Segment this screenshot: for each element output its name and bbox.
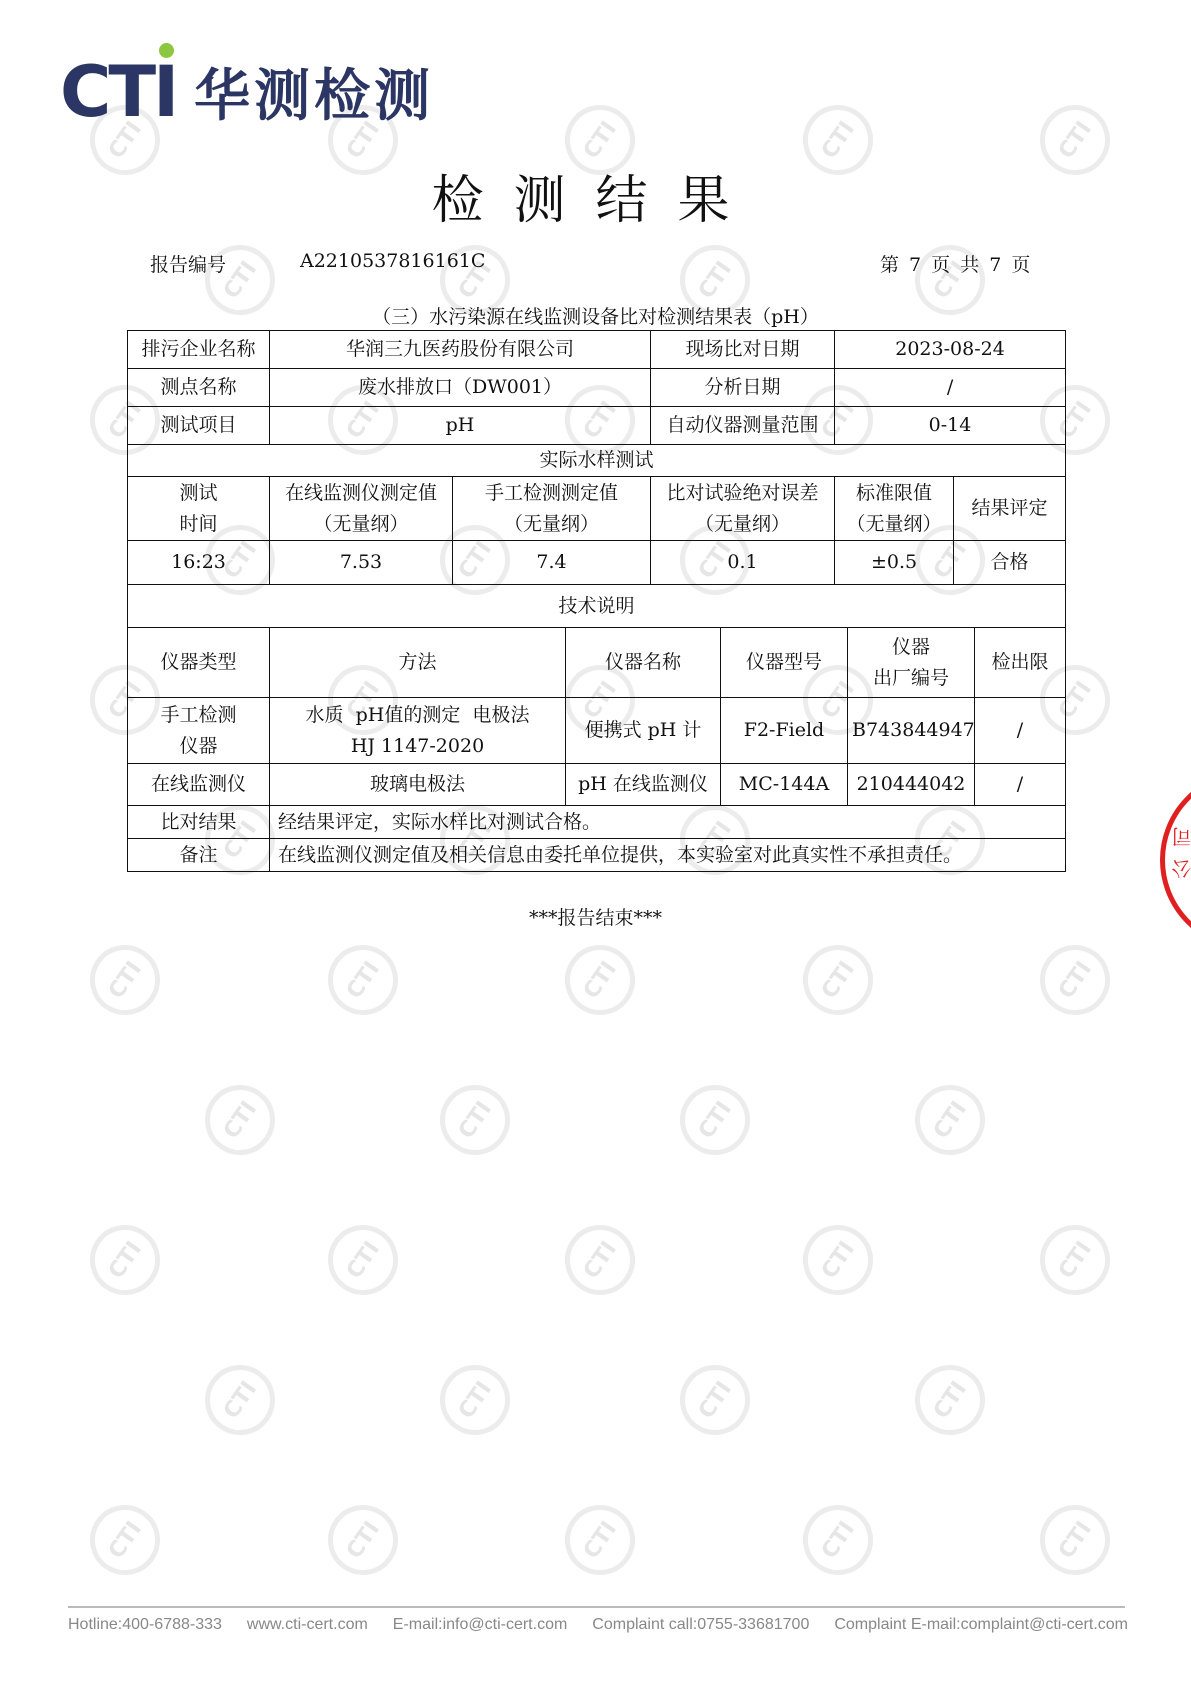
remark-text: 在线监测仪测定值及相关信息由委托单位提供，本实验室对此真实性不承担责任。 xyxy=(270,839,1066,872)
info-row-company: 排污企业名称 华润三九医药股份有限公司 现场比对日期 2023-08-24 xyxy=(128,331,1066,369)
tech-header: 仪器类型 方法 仪器名称 仪器型号 仪器出厂编号 检出限 xyxy=(128,628,1066,698)
report-end: ***报告结束*** xyxy=(0,903,1191,930)
cell-method: 水质 pH值的测定 电极法HJ 1147-2020 xyxy=(270,698,566,764)
conclusion-label: 比对结果 xyxy=(128,806,270,839)
cti-watermark-icon: CTI xyxy=(191,1071,288,1168)
footer-website[interactable]: www.cti-cert.com xyxy=(247,1616,368,1634)
header-serial: 仪器出厂编号 xyxy=(848,628,975,698)
header-limit: 标准限值（无量纲） xyxy=(835,477,954,541)
footer-email[interactable]: E-mail:info@cti-cert.com xyxy=(393,1616,568,1634)
cell-online: 7.53 xyxy=(270,541,453,585)
cti-watermark-icon: CTI xyxy=(76,931,173,1028)
header-manual: 手工检测测定值（无量纲） xyxy=(453,477,651,541)
cell-type: 在线监测仪 xyxy=(128,764,270,806)
cti-watermark-icon: CTI xyxy=(314,931,411,1028)
cell-serial: 210444042 xyxy=(848,764,975,806)
logo-name-cn: 华测检测 xyxy=(194,52,434,132)
header-online: 在线监测仪测定值（无量纲） xyxy=(270,477,453,541)
cti-watermark-icon: CTI xyxy=(191,1351,288,1448)
cti-watermark-icon: CTI xyxy=(76,1491,173,1588)
remark-row: 备注 在线监测仪测定值及相关信息由委托单位提供，本实验室对此真实性不承担责任。 xyxy=(128,839,1066,872)
item-value: pH xyxy=(270,407,651,445)
tech-row: 手工检测仪器 水质 pH值的测定 电极法HJ 1147-2020 便携式 pH … xyxy=(128,698,1066,764)
logo-brand: CTI xyxy=(60,57,176,127)
tech-table: 仪器类型 方法 仪器名称 仪器型号 仪器出厂编号 检出限 手工检测仪器 水质 p… xyxy=(127,627,1066,872)
cti-watermark-icon: CTI xyxy=(789,1211,886,1308)
cti-watermark-icon: CTI xyxy=(551,931,648,1028)
page-title: 检测结果 xyxy=(0,158,1191,233)
tech-section: 技术说明 xyxy=(128,585,1066,628)
company-label: 排污企业名称 xyxy=(128,331,270,369)
cell-result: 合格 xyxy=(954,541,1066,585)
cell-limit: ±0.5 xyxy=(835,541,954,585)
tech-title: 技术说明 xyxy=(128,585,1066,628)
cti-watermark-icon: CTI xyxy=(551,1211,648,1308)
conclusion-text: 经结果评定，实际水样比对测试合格。 xyxy=(270,806,1066,839)
header-error: 比对试验绝对误差（无量纲） xyxy=(651,477,835,541)
site-date-value: 2023-08-24 xyxy=(835,331,1066,369)
cti-watermark-icon: CTI xyxy=(1026,1211,1123,1308)
range-value: 0-14 xyxy=(835,407,1066,445)
cti-watermark-icon: CTI xyxy=(426,1071,523,1168)
sample-test-row: 16:23 7.53 7.4 0.1 ±0.5 合格 xyxy=(128,541,1066,585)
footer-hotline: Hotline:400-6788-333 xyxy=(68,1616,222,1634)
cell-error: 0.1 xyxy=(651,541,835,585)
header-model: 仪器型号 xyxy=(721,628,848,698)
report-number-label: 报告编号 xyxy=(150,250,226,277)
cell-model: F2-Field xyxy=(721,698,848,764)
cti-watermark-icon: CTI xyxy=(314,1491,411,1588)
range-label: 自动仪器测量范围 xyxy=(651,407,835,445)
tech-row: 在线监测仪 玻璃电极法 pH 在线监测仪 MC-144A 210444042 / xyxy=(128,764,1066,806)
cti-watermark-icon: CTI xyxy=(666,1351,763,1448)
cti-watermark-icon: CTI xyxy=(1026,1491,1123,1588)
cell-manual: 7.4 xyxy=(453,541,651,585)
header-method: 方法 xyxy=(270,628,566,698)
info-row-point: 测点名称 废水排放口（DW001） 分析日期 / xyxy=(128,369,1066,407)
table-caption: （三）水污染源在线监测设备比对检测结果表（pH） xyxy=(0,302,1191,329)
header-name: 仪器名称 xyxy=(566,628,721,698)
page-indicator: 第 7 页 共 7 页 xyxy=(880,250,1030,277)
cti-watermark-icon: CTI xyxy=(789,1491,886,1588)
cell-detect-limit: / xyxy=(975,698,1066,764)
cti-watermark-icon: CTI xyxy=(314,1211,411,1308)
header-detect-limit: 检出限 xyxy=(975,628,1066,698)
analysis-date-label: 分析日期 xyxy=(651,369,835,407)
seal-text: 公司 xyxy=(1168,815,1191,879)
sample-test-title: 实际水样测试 xyxy=(128,445,1066,477)
report-number: A2210537816161C xyxy=(300,250,485,272)
info-row-item: 测试项目 pH 自动仪器测量范围 0-14 xyxy=(128,407,1066,445)
footer-divider xyxy=(68,1606,1125,1608)
conclusion-row: 比对结果 经结果评定，实际水样比对测试合格。 xyxy=(128,806,1066,839)
cell-model: MC-144A xyxy=(721,764,848,806)
footer: Hotline:400-6788-333 www.cti-cert.com E-… xyxy=(68,1616,1128,1634)
cti-watermark-icon: CTI xyxy=(789,931,886,1028)
sample-test-section: 实际水样测试 xyxy=(128,445,1066,477)
comparison-table: 排污企业名称 华润三九医药股份有限公司 现场比对日期 2023-08-24 测点… xyxy=(127,330,1066,628)
cell-detect-limit: / xyxy=(975,764,1066,806)
cti-watermark-icon: CTI xyxy=(901,1071,998,1168)
cell-type: 手工检测仪器 xyxy=(128,698,270,764)
cell-time: 16:23 xyxy=(128,541,270,585)
remark-label: 备注 xyxy=(128,839,270,872)
point-value: 废水排放口（DW001） xyxy=(270,369,651,407)
header-result: 结果评定 xyxy=(954,477,1066,541)
cell-method: 玻璃电极法 xyxy=(270,764,566,806)
cti-watermark-icon: CTI xyxy=(76,1211,173,1308)
cti-watermark-icon: CTI xyxy=(1026,931,1123,1028)
cti-watermark-icon: CTI xyxy=(551,1491,648,1588)
header-time: 测试时间 xyxy=(128,477,270,541)
header-type: 仪器类型 xyxy=(128,628,270,698)
cell-name: pH 在线监测仪 xyxy=(566,764,721,806)
analysis-date-value: / xyxy=(835,369,1066,407)
cti-watermark-icon: CTI xyxy=(426,1351,523,1448)
cti-watermark-icon: CTI xyxy=(666,1071,763,1168)
footer-complaint-email[interactable]: Complaint E-mail:complaint@cti-cert.com xyxy=(834,1616,1128,1634)
item-label: 测试项目 xyxy=(128,407,270,445)
cti-watermark-icon: CTI xyxy=(901,1351,998,1448)
company-logo: CTI 华测检测 xyxy=(60,52,434,132)
sample-test-header: 测试时间 在线监测仪测定值（无量纲） 手工检测测定值（无量纲） 比对试验绝对误差… xyxy=(128,477,1066,541)
site-date-label: 现场比对日期 xyxy=(651,331,835,369)
company-value: 华润三九医药股份有限公司 xyxy=(270,331,651,369)
cell-name: 便携式 pH 计 xyxy=(566,698,721,764)
cell-serial: B743844947 xyxy=(848,698,975,764)
point-label: 测点名称 xyxy=(128,369,270,407)
footer-complaint-call: Complaint call:0755-33681700 xyxy=(592,1616,809,1634)
